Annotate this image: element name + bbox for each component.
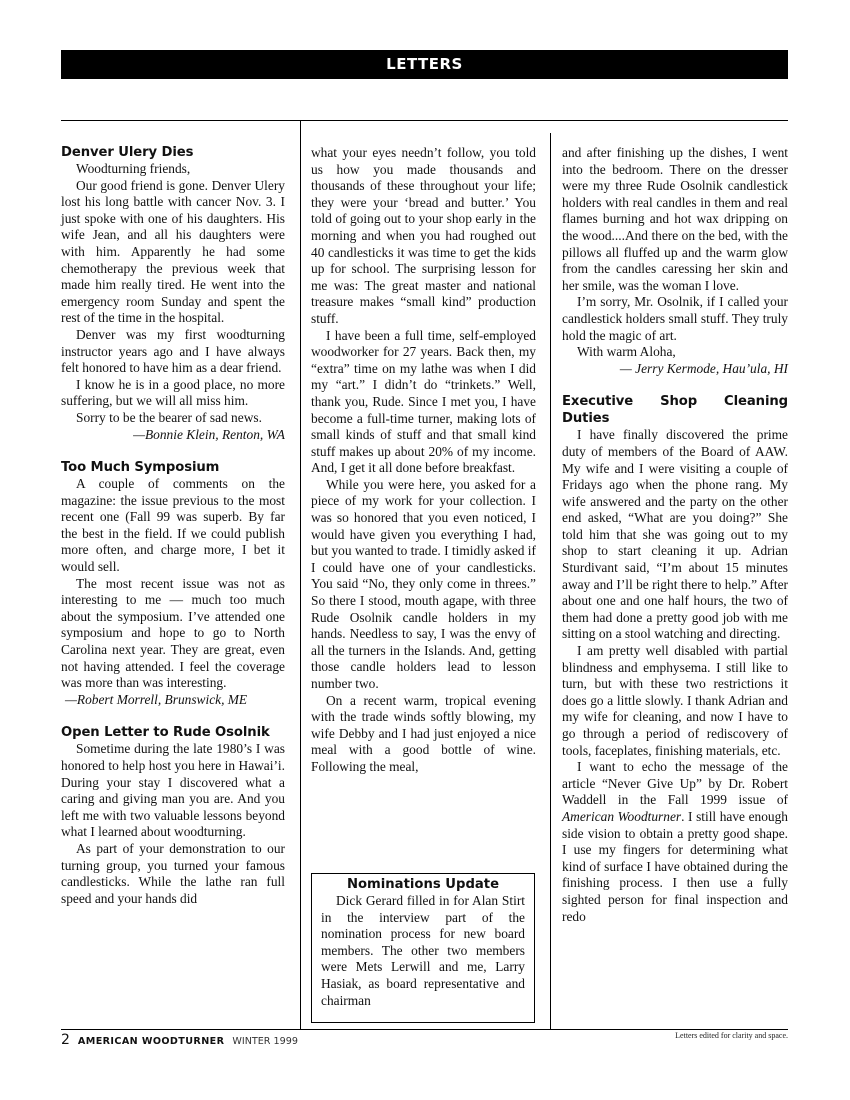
letter-paragraph: I have finally discovered the prime duty… <box>562 427 788 643</box>
letter-title: Open Letter to Rude Osolnik <box>61 724 285 741</box>
column-divider-1 <box>300 120 301 1030</box>
letter-paragraph: A couple of comments on the magazine: th… <box>61 476 285 576</box>
editorial-note: Letters edited for clarity and space. <box>675 1031 788 1040</box>
letter-paragraph: Sorry to be the bearer of sad news. <box>61 410 285 427</box>
letter-paragraph: Our good friend is gone. Denver Ulery lo… <box>61 178 285 327</box>
bottom-rule <box>61 1029 788 1030</box>
letter-paragraph: While you were here, you asked for a pie… <box>311 477 536 693</box>
text-run: . I still have enough side vision to obt… <box>562 809 788 924</box>
letter-paragraph: I know he is in a good place, no more su… <box>61 377 285 410</box>
letter-title: Too Much Symposium <box>61 459 285 476</box>
letter-paragraph: As part of your demonstration to our tur… <box>61 841 285 907</box>
text-run: I want to echo the message of the articl… <box>562 759 788 807</box>
letter-signature: —Robert Morrell, Brunswick, ME <box>61 692 285 709</box>
issue-date: WINTER 1999 <box>232 1036 298 1047</box>
letter-paragraph: I want to echo the message of the articl… <box>562 759 788 925</box>
letter-executive-shop-cleaning: Executive Shop Cleaning Duties I have fi… <box>562 393 788 925</box>
letter-paragraph: what your eyes needn’t follow, you told … <box>311 145 536 328</box>
letter-title: Denver Ulery Dies <box>61 144 285 161</box>
letter-title: Executive Shop Cleaning Duties <box>562 393 788 427</box>
letter-paragraph: With warm Aloha, <box>562 344 788 361</box>
column-3: and after finishing up the dishes, I wen… <box>562 145 788 925</box>
letter-too-much-symposium: Too Much Symposium A couple of comments … <box>61 459 285 708</box>
magazine-title: American Woodturner <box>562 809 681 824</box>
letter-paragraph: I’m sorry, Mr. Osolnik, if I called your… <box>562 294 788 344</box>
box-title: Nominations Update <box>321 876 525 893</box>
letter-open-letter-rude-osolnik: Open Letter to Rude Osolnik Sometime dur… <box>61 724 285 907</box>
section-title: LETTERS <box>386 55 463 73</box>
letter-paragraph: Sometime during the late 1980’s I was ho… <box>61 741 285 841</box>
nominations-update-box: Nominations Update Dick Gerard filled in… <box>311 873 535 1023</box>
letter-paragraph: The most recent issue was not as interes… <box>61 576 285 692</box>
section-banner: LETTERS <box>61 50 788 79</box>
magazine-name: AMERICAN WOODTURNER <box>78 1036 224 1047</box>
column-2: what your eyes needn’t follow, you told … <box>311 145 536 776</box>
letter-paragraph: I am pretty well disabled with partial b… <box>562 643 788 759</box>
letter-signature: —Bonnie Klein, Renton, WA <box>61 427 285 444</box>
column-divider-2 <box>550 133 551 1030</box>
letter-paragraph: and after finishing up the dishes, I wen… <box>562 145 788 294</box>
letter-signature: — Jerry Kermode, Hau’ula, HI <box>562 361 788 378</box>
page-number: 2 <box>61 1032 70 1048</box>
page-footer: 2AMERICAN WOODTURNERWINTER 1999 <box>61 1033 298 1049</box>
column-1: Denver Ulery Dies Woodturning friends, O… <box>61 144 285 907</box>
letter-paragraph: Woodturning friends, <box>61 161 285 178</box>
letter-denver-ulery: Denver Ulery Dies Woodturning friends, O… <box>61 144 285 443</box>
top-rule <box>61 120 788 121</box>
box-text: Dick Gerard filled in for Alan Stirt in … <box>321 893 525 1009</box>
letter-paragraph: Denver was my first woodturning instruct… <box>61 327 285 377</box>
letter-paragraph: On a recent warm, tropical evening with … <box>311 693 536 776</box>
letter-paragraph: I have been a full time, self-employed w… <box>311 328 536 477</box>
